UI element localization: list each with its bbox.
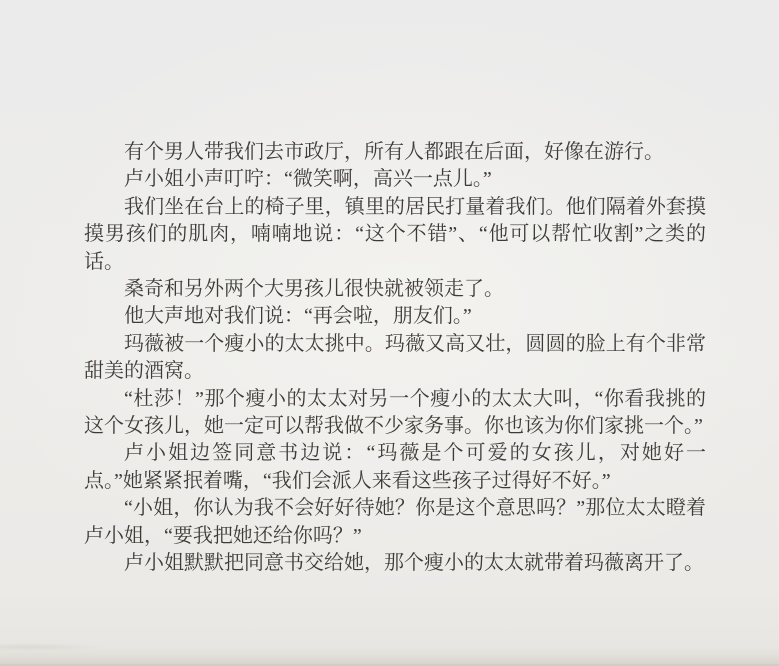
paragraph: 他大声地对我们说：“再会啦，朋友们。” <box>84 303 706 330</box>
paragraph: 我们坐在台上的椅子里，镇里的居民打量着我们。他们隔着外套摸摸男孩们的肌肉，喃喃地… <box>84 194 706 276</box>
paragraph: 卢小姐小声叮咛：“微笑啊，高兴一点儿。” <box>84 166 706 193</box>
paragraph: 有个男人带我们去市政厅，所有人都跟在后面，好像在游行。 <box>84 139 706 166</box>
paragraph: “杜莎！”那个瘦小的太太对另一个瘦小的太太大叫，“你看我挑的这个女孩儿，她一定可… <box>84 386 706 441</box>
paragraph: 卢小姐边签同意书边说：“玛薇是个可爱的女孩儿，对她好一点。”她紧紧抿着嘴，“我们… <box>84 440 706 495</box>
paragraph: “小姐，你认为我不会好好待她？你是这个意思吗？”那位太太瞪着卢小姐，“要我把她还… <box>84 495 706 550</box>
book-page: 有个男人带我们去市政厅，所有人都跟在后面，好像在游行。 卢小姐小声叮咛：“微笑啊… <box>0 0 779 666</box>
page-bottom-shadow <box>0 646 779 666</box>
page-text-block: 有个男人带我们去市政厅，所有人都跟在后面，好像在游行。 卢小姐小声叮咛：“微笑啊… <box>84 139 706 578</box>
paragraph: 玛薇被一个瘦小的太太挑中。玛薇又高又壮，圆圆的脸上有个非常甜美的酒窝。 <box>84 331 706 386</box>
paragraph: 卢小姐默默把同意书交给她，那个瘦小的太太就带着玛薇离开了。 <box>84 550 706 577</box>
paragraph: 桑奇和另外两个大男孩儿很快就被领走了。 <box>84 276 706 303</box>
